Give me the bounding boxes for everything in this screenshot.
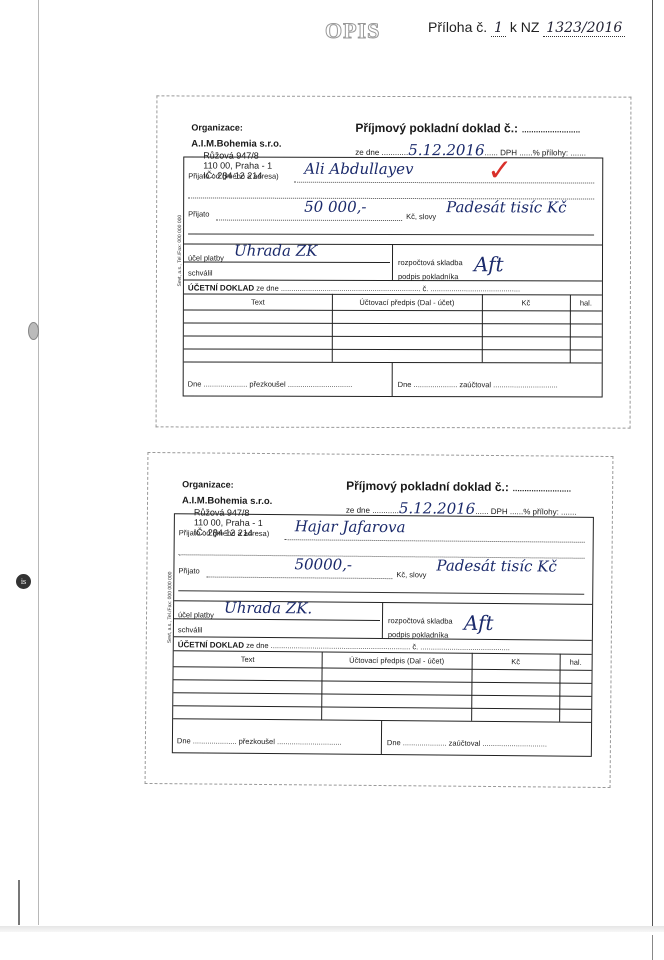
col-czk: Kč xyxy=(482,298,570,307)
col-text: Text xyxy=(184,297,332,306)
cashier-signature: Aft xyxy=(464,611,494,635)
document-title: Příjmový pokladní doklad č.: ...........… xyxy=(355,121,579,136)
checked-label: přezkoušel xyxy=(239,737,275,746)
posted-label: zaúčtoval xyxy=(449,739,481,748)
cashier-signature: Aft xyxy=(474,252,504,276)
organization-name: A.I.M.Bohemia s.r.o. xyxy=(191,138,281,149)
amount-value: 50000,- xyxy=(294,555,352,574)
col-hal: hal. xyxy=(570,298,602,307)
document-title: Příjmový pokladní doklad č.: ...........… xyxy=(346,479,571,495)
date-label: ze dne xyxy=(346,506,370,515)
received-from-label: Přijato od (jméno a adresa) xyxy=(188,171,278,180)
day-label: Dne xyxy=(398,380,412,389)
day-label: Dne xyxy=(387,738,401,747)
attachment-reference: Příloha č. 1 k NZ 1323/2016 xyxy=(428,19,625,36)
organization-label: Organizace: xyxy=(182,479,234,489)
accounting-label: ÚČETNÍ DOKLAD xyxy=(188,283,254,292)
budget-label: rozpočtová skladba xyxy=(388,616,453,626)
accounting-number-label: č. xyxy=(423,284,429,293)
col-czk: Kč xyxy=(472,657,560,667)
received-label: Přijato xyxy=(178,566,199,575)
organization-name: A.I.M.Bohemia s.r.o. xyxy=(182,495,272,507)
nz-label: k NZ xyxy=(510,19,540,35)
binder-hole xyxy=(28,322,39,340)
day-label: Dne xyxy=(188,379,202,388)
binder-hole-marked: is xyxy=(16,574,31,589)
page-corner-mark xyxy=(18,880,20,925)
opis-stamp: OPIS xyxy=(325,18,380,44)
amount-value: 50 000,- xyxy=(304,198,366,216)
posted-row: Dne ..................... zaúčtoval ....… xyxy=(387,738,547,748)
amount-words: Padesát tisíc Kč xyxy=(446,198,566,216)
attachment-label: Příloha č. xyxy=(428,19,487,35)
checked-row: Dne ..................... přezkoušel ...… xyxy=(188,379,353,388)
purpose-value: Uhrada ZK xyxy=(234,242,317,260)
received-label: Přijato xyxy=(188,209,209,218)
document-title-text: Příjmový pokladní doklad č.: xyxy=(346,479,509,494)
checked-row: Dne ..................... přezkoušel ...… xyxy=(177,736,342,746)
approved-label: schválil xyxy=(178,625,203,634)
amount-currency-label: Kč, slovy xyxy=(406,212,436,221)
accounting-label: ÚČETNÍ DOKLAD xyxy=(178,640,244,650)
page-separator xyxy=(0,926,664,932)
receipt-slip-1: Organizace: A.I.M.Bohemia s.r.o. Růžová … xyxy=(156,95,632,428)
day-label: Dne xyxy=(177,736,191,745)
form-printer-imprint: Sevt, a.s., Tel./Fax: 000 000 000 xyxy=(167,572,174,644)
attachment-number: 1 xyxy=(491,20,506,37)
receipt-form-box: Přijato od (jméno a adresa) Ali Abdullay… xyxy=(183,156,604,397)
amount-currency-label: Kč, slovy xyxy=(396,570,426,579)
amount-words: Padesát tisíc Kč xyxy=(436,556,557,575)
date-label: ze dne xyxy=(355,148,379,157)
page-left-edge xyxy=(38,0,39,925)
accounting-number-label: č. xyxy=(412,642,418,651)
received-from-label: Přijato od (jméno a adresa) xyxy=(179,528,270,538)
document-title-text: Příjmový pokladní doklad č.: xyxy=(355,121,518,135)
purpose-value: Uhrada ZK. xyxy=(224,599,312,618)
received-from-value: Hajar Jafarova xyxy=(295,517,406,536)
col-hal: hal. xyxy=(560,658,592,667)
checked-label: přezkoušel xyxy=(249,380,285,389)
posted-row: Dne ..................... zaúčtoval ....… xyxy=(398,380,558,389)
accounting-doc-row: ÚČETNÍ DOKLAD ze dne ...................… xyxy=(188,283,520,293)
next-page-edge xyxy=(652,935,653,960)
form-printer-imprint: Sevt, a.s., Tel./Fax: 000 000 000 xyxy=(177,215,183,287)
col-posting: Účtovací předpis (Dal - účet) xyxy=(322,656,472,666)
accounting-date-label: ze dne xyxy=(246,641,269,650)
receipt-form-box: Přijato od (jméno a adresa) Hajar Jafaro… xyxy=(172,513,594,757)
col-posting: Účtovací předpis (Dal - účet) xyxy=(332,298,482,307)
received-from-value: Ali Abdullayev xyxy=(304,160,413,178)
approved-label: schválil xyxy=(188,268,213,277)
col-text: Text xyxy=(174,654,322,664)
red-checkmark: ✓ xyxy=(487,153,512,188)
receipt-slip-2: Organizace: A.I.M.Bohemia s.r.o. Růžová … xyxy=(145,452,614,788)
nz-number: 1323/2016 xyxy=(543,20,625,37)
page-right-edge xyxy=(652,0,653,926)
posted-label: zaúčtoval xyxy=(459,380,491,389)
budget-label: rozpočtová skladba xyxy=(398,258,463,267)
vat-attachments-label: DPH ......% přílohy: ....... xyxy=(500,148,586,157)
accounting-date-label: ze dne xyxy=(256,284,279,293)
organization-label: Organizace: xyxy=(191,122,243,132)
